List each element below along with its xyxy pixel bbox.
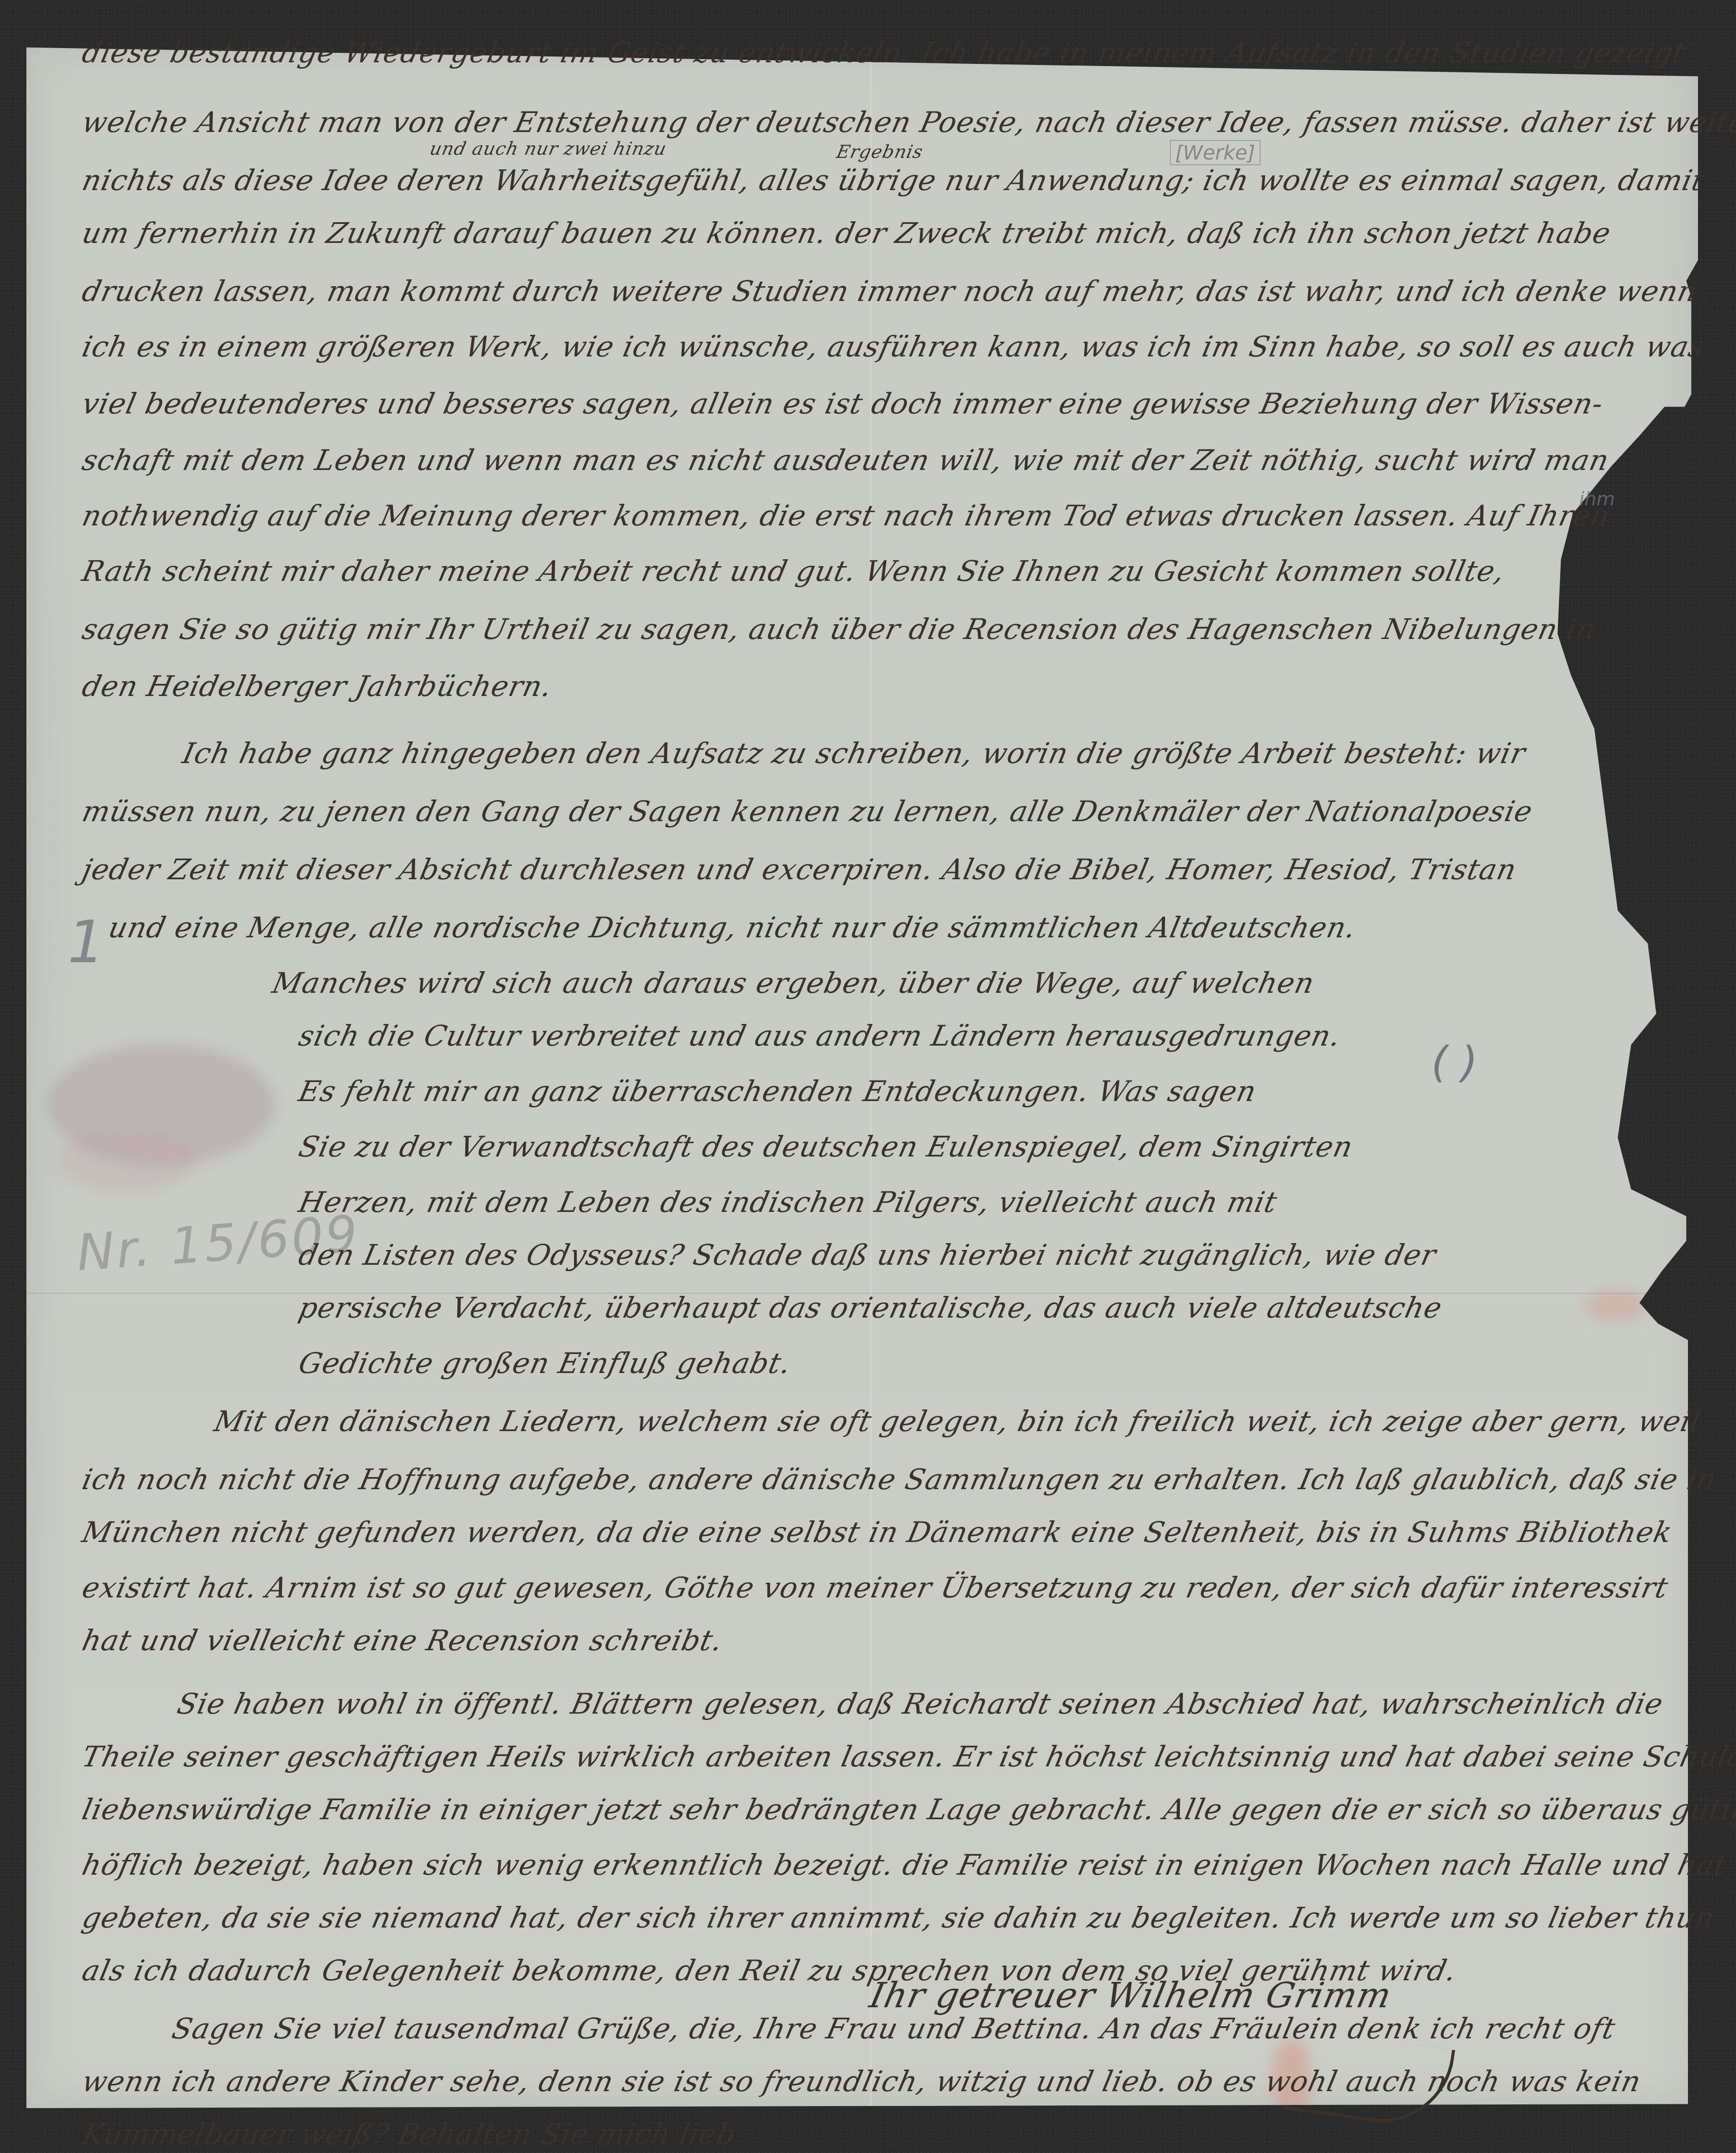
text-line: jeder Zeit mit dieser Absicht durchlesen…: [79, 853, 1519, 886]
text-line: höflich bezeigt, haben sich wenig erkenn…: [79, 1848, 1736, 1882]
pencil-margin-note-top: [Werke]: [1170, 140, 1261, 165]
text-line: München nicht gefunden werden, da die ei…: [79, 1516, 1675, 1549]
text-line: hat und vielleicht eine Recension schrei…: [79, 1624, 726, 1657]
pencil-bracket-mark: ( ): [1431, 1038, 1478, 1087]
text-line: Sie zu der Verwandtschaft des deutschen …: [296, 1130, 1356, 1163]
text-line: schaft mit dem Leben und wenn man es nic…: [79, 444, 1612, 477]
text-line: Herzen, mit dem Leben des indischen Pilg…: [296, 1186, 1280, 1219]
interlinear-insertion: und auch nur zwei hinzu: [428, 138, 669, 159]
text-line: Manches wird sich auch daraus ergeben, ü…: [269, 966, 1318, 1000]
pencil-number-mark: 1: [68, 908, 105, 976]
signature: Ihr getreuer Wilhelm Grimm: [866, 1975, 1395, 2016]
text-line: den Listen des Odysseus? Schade daß uns …: [296, 1238, 1439, 1272]
text-line: nichts als diese Idee deren Wahrheitsgef…: [79, 164, 1708, 197]
text-line: sagen Sie so gütig mir Ihr Urtheil zu sa…: [79, 613, 1599, 646]
seal-stain-secondary: [58, 1129, 195, 1192]
text-line: Rath scheint mir daher meine Arbeit rech…: [79, 554, 1508, 588]
text-line: existirt hat. Arnim ist so gut gewesen, …: [79, 1571, 1672, 1604]
text-line: und eine Menge, alle nordische Dichtung,…: [106, 911, 1359, 944]
text-line: Sagen Sie viel tausendmal Grüße, die, Ih…: [169, 2012, 1618, 2045]
text-line: ich es in einem größeren Werk, wie ich w…: [79, 330, 1707, 363]
text-line: Kümmelbauer weiß? Behalten Sie mich lieb: [79, 2118, 739, 2151]
text-line: sich die Cultur verbreitet und aus ander…: [296, 1019, 1344, 1052]
text-line: müssen nun, zu jenen den Gang der Sagen …: [79, 795, 1536, 828]
red-wax-stain-edge: [1584, 1290, 1648, 1321]
text-line: Es fehlt mir an ganz überraschenden Entd…: [296, 1075, 1260, 1108]
text-line: Theile seiner geschäftigen Heils wirklic…: [79, 1740, 1736, 1773]
text-line: Gedichte großen Einfluß gehabt.: [296, 1347, 794, 1380]
text-line: nothwendig auf die Meinung derer kommen,…: [79, 499, 1613, 532]
text-line: persische Verdacht, überhaupt das orient…: [296, 1291, 1446, 1324]
text-line: liebenswürdige Familie in einiger jetzt …: [79, 1793, 1736, 1826]
text-line: diese beständige Wiedergeburt im Geist z…: [79, 36, 1689, 69]
text-line: um fernerhin in Zukunft darauf bauen zu …: [79, 217, 1614, 250]
text-line: drucken lassen, man kommt durch weitere …: [79, 275, 1701, 308]
text-line: gebeten, da sie sie niemand hat, der sic…: [79, 1901, 1718, 1934]
text-line: Sie haben wohl in öffentl. Blättern gele…: [174, 1687, 1666, 1720]
text-line: den Heidelberger Jahrbüchern.: [79, 670, 555, 703]
text-line: viel bedeutenderes und besseres sagen, a…: [79, 387, 1607, 420]
interlinear-insertion: Ergebnis: [834, 142, 925, 163]
text-line: Ich habe ganz hingegeben den Aufsatz zu …: [180, 737, 1528, 770]
text-line: ich noch nicht die Hoffnung aufgebe, and…: [79, 1463, 1720, 1496]
text-line: welche Ansicht man von der Entstehung de…: [79, 106, 1736, 139]
text-line: Mit den dänischen Liedern, welchem sie o…: [211, 1405, 1704, 1438]
